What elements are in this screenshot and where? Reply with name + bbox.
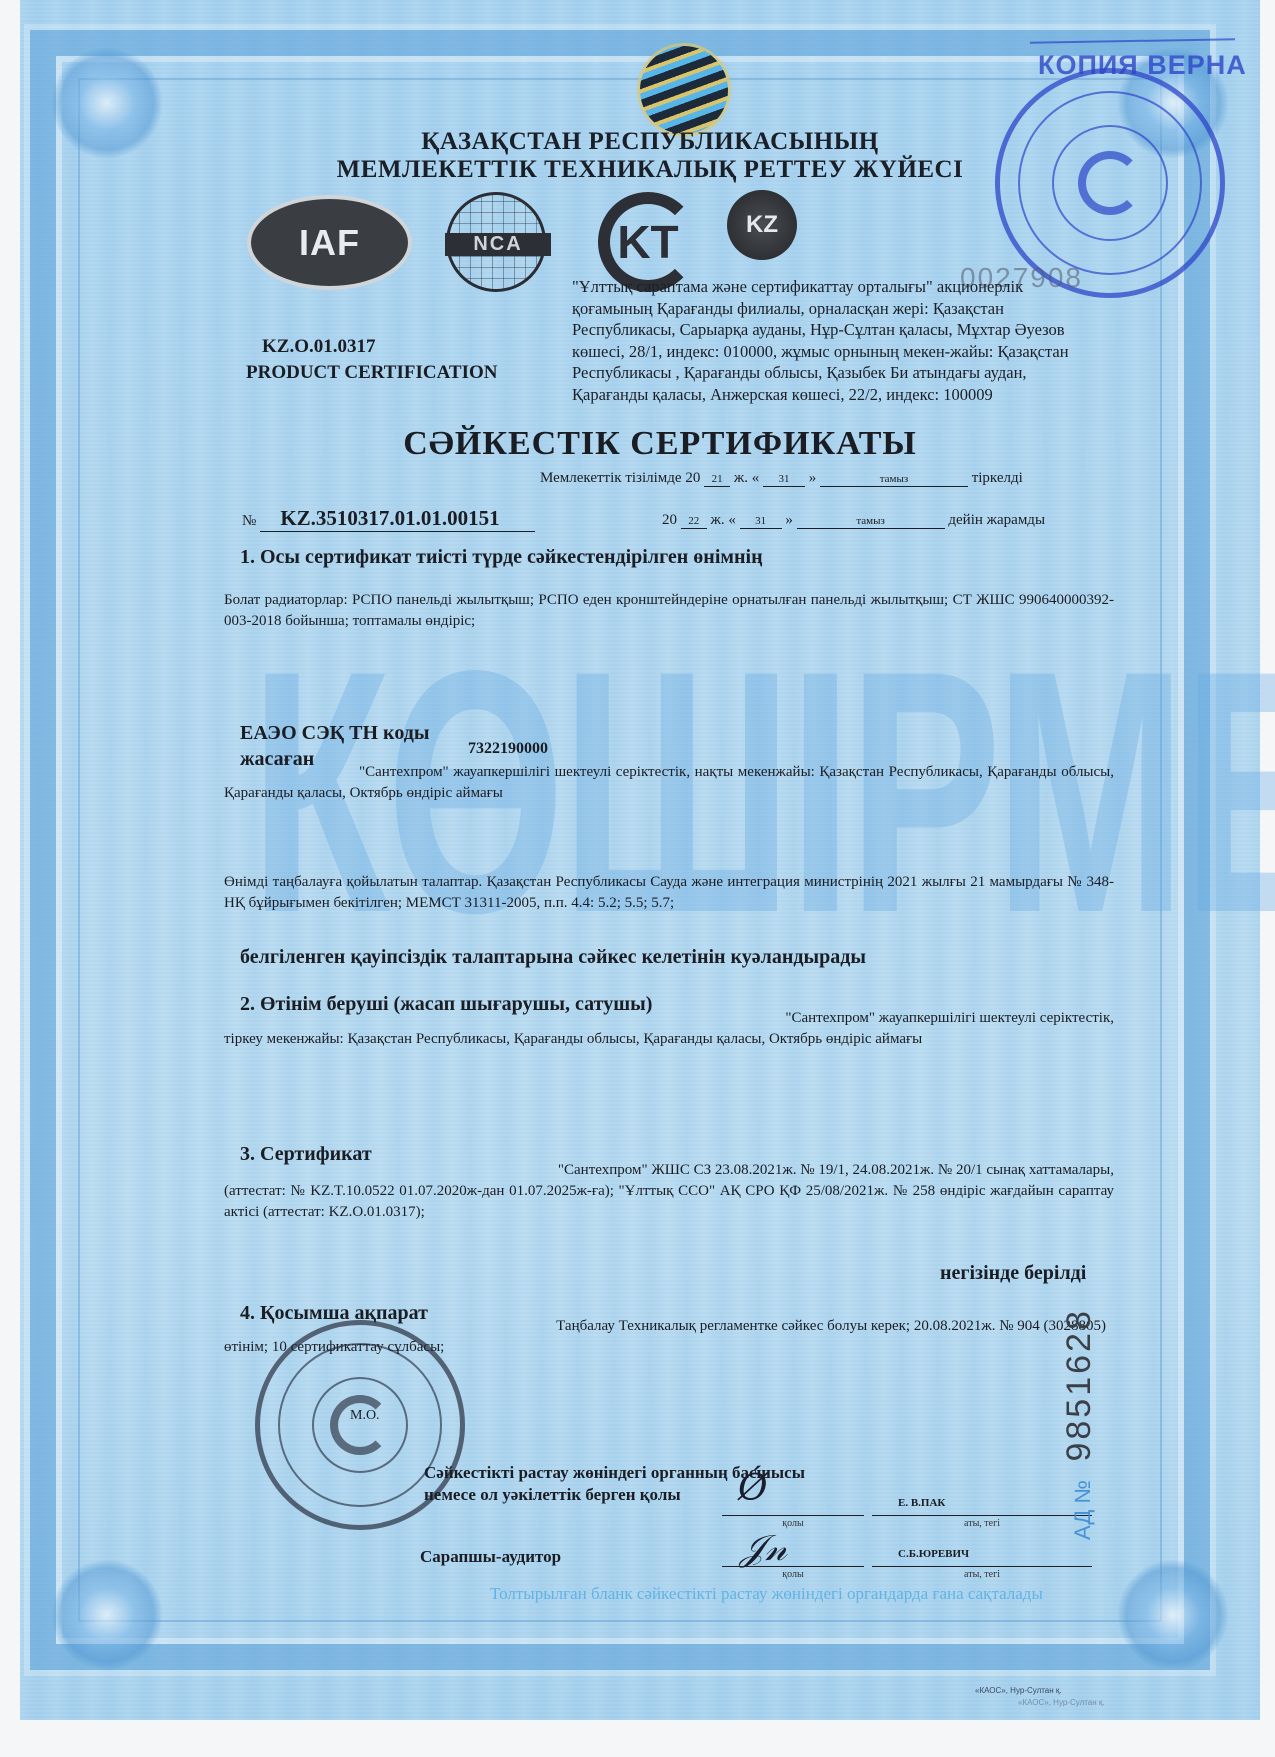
certificate-title: СӘЙКЕСТІК СЕРТИФИКАТЫ <box>300 425 1020 463</box>
tn-code-value: 7322190000 <box>468 740 548 758</box>
iaf-logo-icon: IAF <box>247 195 412 290</box>
number-symbol: № <box>242 513 256 529</box>
validity-prefix: 20 <box>662 512 677 528</box>
corner-rosette-icon <box>52 1560 162 1670</box>
registration-suffix: тіркелді <box>972 470 1023 486</box>
blank-number-prefix: АД № <box>1070 1480 1095 1540</box>
basis-details: "Сантехпром" ЖШС СЗ 23.08.2021ж. № 19/1,… <box>224 1160 1114 1223</box>
hologram-sticker-icon <box>640 46 728 134</box>
blank-number: АД № 9851628 <box>1060 1308 1099 1540</box>
printer-imprint: «КАОС», Нур-Султан қ. <box>975 1686 1062 1695</box>
auditor-label: Сарапшы-аудитор <box>420 1546 561 1568</box>
auditor-name-caption: аты, тегі <box>872 1569 1092 1580</box>
footer-storage-note: Толтырылған бланк сәйкестікті растау жөн… <box>490 1584 1043 1604</box>
validity-month: тамыз <box>797 514 945 529</box>
certificate-number-value: KZ.3510317.01.01.00151 <box>260 506 535 532</box>
registration-month: тамыз <box>820 472 968 487</box>
tn-code-label: ЕАЭО СЭҚ ТН коды <box>240 722 429 745</box>
head-signature: Ǿ <box>738 1468 768 1509</box>
nca-globe-logo-icon: NCA <box>446 192 546 292</box>
registration-day-suffix: » <box>809 470 817 486</box>
header-line-2: МЕМЛЕКЕТТІК ТЕХНИКАЛЫҚ РЕТТЕУ ЖҮЙЕСІ <box>300 156 1000 184</box>
auditor-name-line <box>872 1566 1092 1567</box>
registration-day: 31 <box>763 472 805 487</box>
head-name-line <box>872 1515 1092 1516</box>
certification-body-details: "Ұлттық сараптама және сертификаттау орт… <box>572 276 1092 405</box>
validity-line: 20 22 ж. « 31 » тамыз дейін жарамды <box>662 512 1045 529</box>
corner-rosette-icon <box>1118 1560 1228 1670</box>
applicant-details: "Сантехпром" жауапкершілігі шектеулі сер… <box>224 1008 1114 1050</box>
basis-first-line: "Сантехпром" ЖШС СЗ 23.08.2021ж. № 19/1,… <box>224 1160 1114 1181</box>
validity-year-suffix: ж. « <box>711 512 736 528</box>
kt-logo-text: KT <box>617 215 678 269</box>
validity-year: 22 <box>681 514 707 529</box>
section-1-heading: 1. Осы сертификат тиісті түрде сәйкестен… <box>240 546 763 569</box>
nca-logo-text: NCA <box>445 233 551 256</box>
auditor-name: С.Б.ЮРЕВИЧ <box>898 1548 969 1560</box>
blank-number-value: 9851628 <box>1060 1308 1098 1461</box>
corner-rosette-icon <box>52 48 162 158</box>
auditor-signature: 𝒥𝓃 <box>740 1528 787 1570</box>
kz-logo-text: KZ <box>746 211 778 239</box>
certificate-number: № KZ.3510317.01.01.00151 <box>242 506 535 532</box>
registration-year-suffix: ж. « <box>734 470 759 486</box>
product-certification-label: PRODUCT CERTIFICATION <box>246 362 497 384</box>
section-1-conclusion: белгіленген қауіпсіздік талаптарына сәйк… <box>240 946 866 969</box>
seal-place-label: М.О. <box>350 1408 380 1424</box>
kz-mark-logo-icon: KZ <box>727 190 797 260</box>
auditor-sign-line <box>722 1566 864 1567</box>
registration-year: 21 <box>704 472 730 487</box>
accreditation-code: KZ.O.01.0317 <box>262 336 375 358</box>
iaf-logo-text: IAF <box>299 222 360 264</box>
registration-prefix: Мемлекеттік тізілімде 20 <box>540 470 700 486</box>
applicant-first-line: "Сантехпром" жауапкершілігі шектеулі сер… <box>224 1008 1114 1029</box>
maker-details: "Сантехпром" жауапкершілігі шектеулі сер… <box>224 762 1114 804</box>
applicant-address: тіркеу мекенжайы: Қазақстан Республикасы… <box>224 1029 1114 1050</box>
head-name-caption: аты, тегі <box>872 1518 1092 1529</box>
validity-suffix: дейін жарамды <box>948 512 1045 528</box>
requirements-text: Өнімді таңбалауға қойылатын талаптар. Қа… <box>224 872 1114 914</box>
head-sign-line <box>722 1515 864 1516</box>
section-3-conclusion: негізінде берілді <box>940 1262 1086 1285</box>
validity-day: 31 <box>740 514 782 529</box>
printer-imprint-faint: «КАОС», Нур-Султан қ. <box>1018 1698 1105 1707</box>
product-description: Болат радиаторлар: РСПО панельді жылытқы… <box>224 590 1114 632</box>
auditor-sign-caption: қолы <box>722 1569 864 1580</box>
validity-day-suffix: » <box>785 512 793 528</box>
header-line-1: ҚАЗАҚСТАН РЕСПУБЛИКАСЫНЫҢ <box>300 128 1000 156</box>
registration-line: Мемлекеттік тізілімде 20 21 ж. « 31 » та… <box>540 470 1023 487</box>
basis-documents: (аттестат: № KZ.T.10.0522 01.07.2020ж-да… <box>224 1181 1114 1223</box>
head-name: Е. В.ПАК <box>898 1497 945 1509</box>
